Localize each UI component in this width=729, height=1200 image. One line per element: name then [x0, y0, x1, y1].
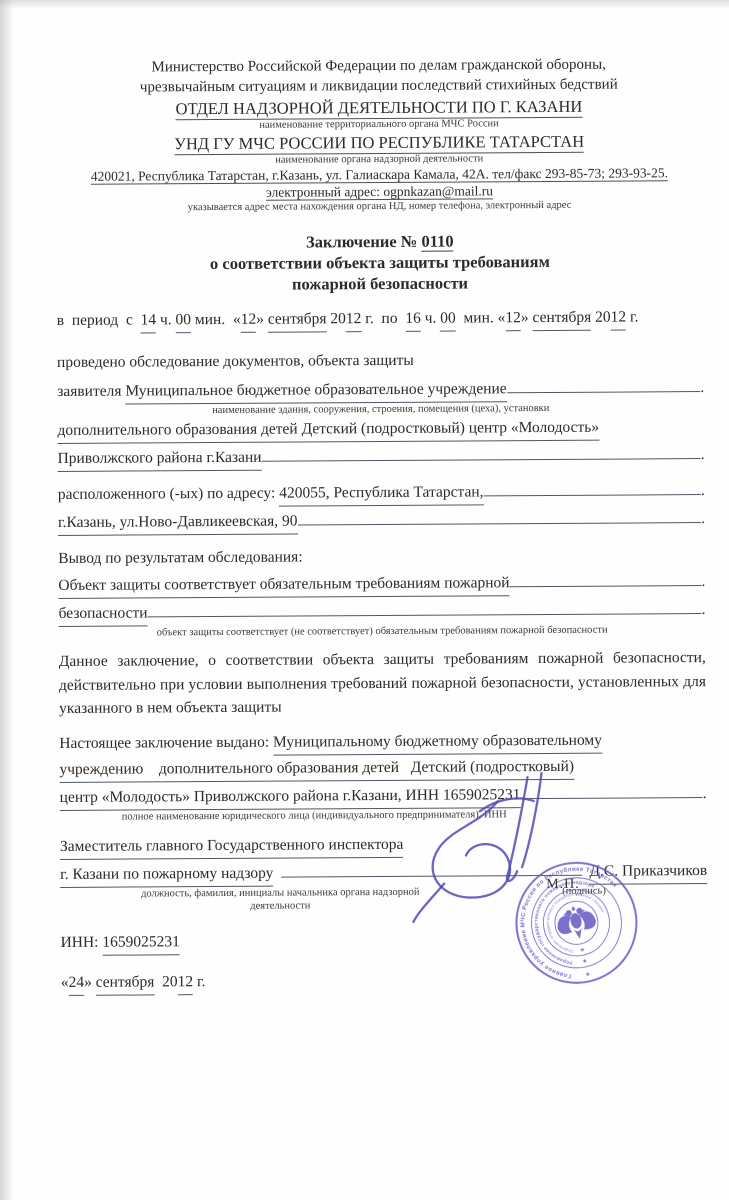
- stamp-star-inner: ★: [579, 946, 586, 954]
- document-title: Заключение № 0110 о соответствии объекта…: [56, 229, 703, 296]
- scan-edge-left: [0, 0, 14, 1200]
- issued-line-3: центр «Молодость» Приволжского района г.…: [60, 779, 707, 811]
- location-block: расположенного (-ых) по адресу: 420055, …: [58, 476, 705, 536]
- conclusion-number: 0110: [421, 232, 453, 252]
- document-header: Министерство Российской Федерации по дел…: [55, 54, 703, 215]
- scanned-document-page: Министерство Российской Федерации по дел…: [0, 0, 729, 1200]
- issued-block: Настоящее заключение выдано: Муниципальн…: [59, 727, 707, 824]
- signing-block: Заместитель главного Государственного ин…: [60, 830, 708, 996]
- signer-position-line-1: Заместитель главного Государственного ин…: [60, 830, 707, 860]
- title-line-3: пожарной безопасности: [56, 271, 703, 296]
- address-caption: указывается адрес места нахождения орган…: [56, 198, 703, 215]
- applicant-line-2: дополнительного образования детей Детски…: [57, 414, 704, 444]
- surveyed-line: проведено обследование документов, объек…: [57, 346, 704, 375]
- stamp-star-middle: ★: [581, 957, 588, 965]
- ministry-line-2: чрезвычайным ситуациям и ликвидации посл…: [55, 74, 702, 98]
- applicant-block: заявителя Муниципальное бюджетное образо…: [57, 373, 705, 472]
- issued-line-2: учреждению дополнительного образования д…: [59, 753, 706, 783]
- inspection-period-line: в период с 14 ч. 00 мин. «12» сентября 2…: [57, 304, 704, 334]
- location-line-2: г.Казань, ул.Ново-Давликеевская, 90.: [58, 504, 705, 536]
- scan-edge-top: [0, 0, 729, 9]
- applicant-line-1: заявителя Муниципальное бюджетное образо…: [57, 373, 704, 405]
- stamp-star-outer: ★: [584, 970, 591, 978]
- stamp-place-mark: М.П.: [546, 876, 580, 892]
- validity-paragraph: Данное заключение, о соответствии объект…: [59, 646, 706, 720]
- stamp-area: Главное управление МЧС России по Республ…: [512, 858, 641, 987]
- conclusion-line-1: Объект защиты соответствует обязательным…: [58, 567, 705, 599]
- conclusion-caption: объект защиты соответствует (не соответс…: [59, 623, 706, 640]
- issued-line-1: Настоящее заключение выдано: Муниципальн…: [59, 727, 706, 757]
- applicant-line-3: Приволжского района г.Казани.: [58, 440, 705, 472]
- document-content: Министерство Российской Федерации по дел…: [55, 54, 708, 995]
- conclusion-block: Вывод по результатам обследования: Объек…: [58, 542, 706, 640]
- conclusion-line-2: безопасности.: [58, 595, 705, 627]
- position-caption-2: деятельности: [60, 898, 500, 914]
- location-line-1: расположенного (-ых) по адресу: 420055, …: [58, 476, 705, 508]
